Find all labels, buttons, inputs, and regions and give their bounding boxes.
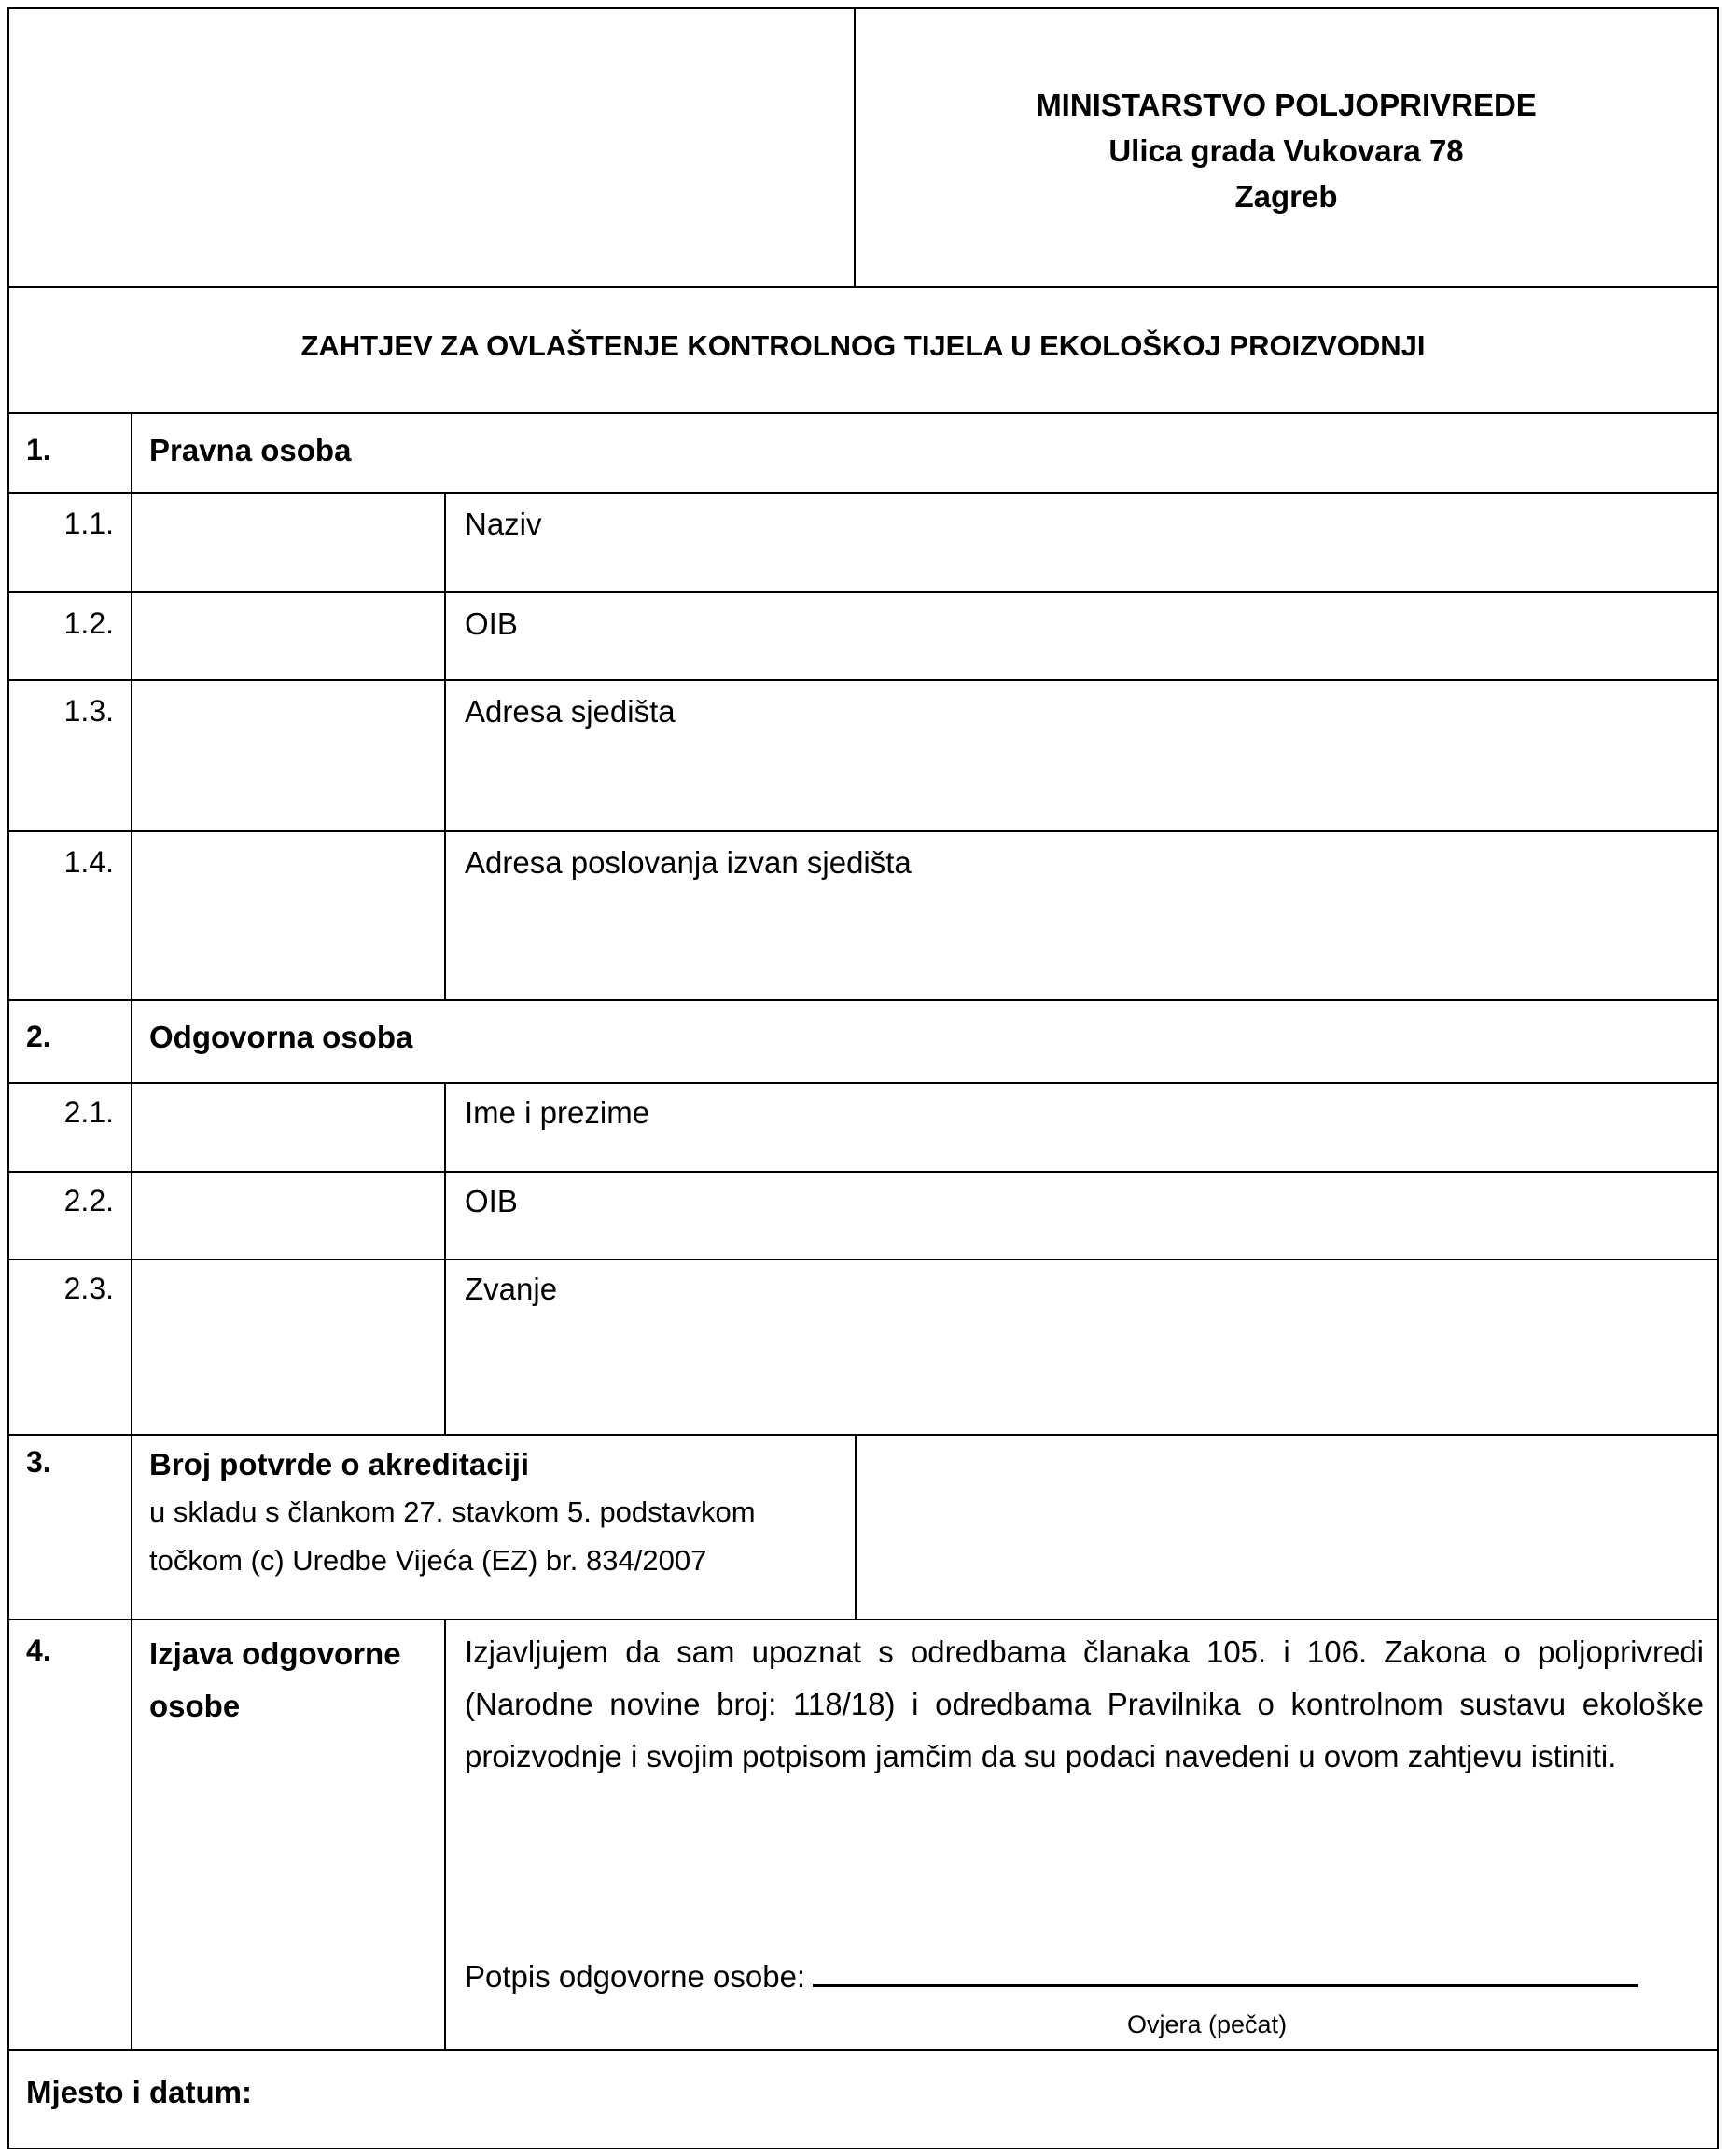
ministry-city: Zagreb xyxy=(856,174,1717,219)
application-form: MINISTARSTVO POLJOPRIVREDE Ulica grada V… xyxy=(7,7,1719,2149)
section1-number: 1. xyxy=(9,414,131,492)
declaration-text: Izjavljujem da sam upoznat s odredbama č… xyxy=(465,1626,1704,1783)
adresa-poslovanja-label: Adresa poslovanja izvan sjedišta xyxy=(444,832,1717,999)
section3-note-line2: točkom (c) Uredbe Vijeća (EZ) br. 834/20… xyxy=(149,1537,855,1585)
title-row: ZAHTJEV ZA OVLAŠTENJE KONTROLNOG TIJELA … xyxy=(9,288,1717,414)
section4-title: Izjava odgovorne osobe xyxy=(131,1620,444,2049)
row-number: 2.2. xyxy=(9,1173,131,1259)
table-row: 1.3. Adresa sjedišta xyxy=(9,681,1717,832)
section2-number: 2. xyxy=(9,1001,131,1082)
table-row: 1.1. Naziv xyxy=(9,494,1717,593)
form-title: ZAHTJEV ZA OVLAŠTENJE KONTROLNOG TIJELA … xyxy=(9,288,1717,412)
section2-title: Odgovorna osoba xyxy=(131,1001,1717,1082)
ministry-address: MINISTARSTVO POLJOPRIVREDE Ulica grada V… xyxy=(854,9,1717,286)
declaration-cell: Izjavljujem da sam upoznat s odredbama č… xyxy=(444,1620,1717,2049)
odgovorna-oib-input[interactable] xyxy=(131,1173,444,1259)
section3-title: Broj potvrde o akreditaciji xyxy=(149,1441,855,1488)
section3-label-cell: Broj potvrde o akreditaciji u skladu s č… xyxy=(131,1436,855,1619)
zvanje-input[interactable] xyxy=(131,1260,444,1434)
accreditation-number-input[interactable] xyxy=(855,1436,1717,1619)
place-date-row: Mjesto i datum: xyxy=(9,2051,1717,2148)
row-number: 1.3. xyxy=(9,681,131,830)
row-number: 1.1. xyxy=(9,494,131,591)
odgovorna-oib-label: OIB xyxy=(444,1173,1717,1259)
section1-header: 1. Pravna osoba xyxy=(9,414,1717,494)
naziv-label: Naziv xyxy=(444,494,1717,591)
naziv-input[interactable] xyxy=(131,494,444,591)
adresa-sjedista-label: Adresa sjedišta xyxy=(444,681,1717,830)
table-row: 2.3. Zvanje xyxy=(9,1260,1717,1436)
row-number: 1.4. xyxy=(9,832,131,999)
row-number: 2.3. xyxy=(9,1260,131,1434)
ministry-name: MINISTARSTVO POLJOPRIVREDE xyxy=(856,82,1717,128)
signature-line[interactable] xyxy=(813,1956,1638,1987)
header-row: MINISTARSTVO POLJOPRIVREDE Ulica grada V… xyxy=(9,9,1717,288)
section4-row: 4. Izjava odgovorne osobe Izjavljujem da… xyxy=(9,1620,1717,2051)
section3-row: 3. Broj potvrde o akreditaciji u skladu … xyxy=(9,1436,1717,1620)
signature-field: Potpis odgovorne osobe: xyxy=(465,1956,1638,1995)
section3-number: 3. xyxy=(9,1436,131,1619)
ministry-street: Ulica grada Vukovara 78 xyxy=(856,128,1717,174)
section4-title-line1: Izjava odgovorne xyxy=(149,1628,444,1680)
section4-number: 4. xyxy=(9,1620,131,2049)
table-row: 1.2. OIB xyxy=(9,593,1717,681)
ime-prezime-label: Ime i prezime xyxy=(444,1084,1717,1171)
adresa-sjedista-input[interactable] xyxy=(131,681,444,830)
row-number: 2.1. xyxy=(9,1084,131,1171)
stamp-label: Ovjera (pečat) xyxy=(1127,2010,1287,2039)
ime-prezime-input[interactable] xyxy=(131,1084,444,1171)
zvanje-label: Zvanje xyxy=(444,1260,1717,1434)
table-row: 2.2. OIB xyxy=(9,1173,1717,1260)
logo-area xyxy=(9,9,854,286)
adresa-poslovanja-input[interactable] xyxy=(131,832,444,999)
table-row: 2.1. Ime i prezime xyxy=(9,1084,1717,1173)
signature-label: Potpis odgovorne osobe: xyxy=(465,1959,805,1994)
section2-header: 2. Odgovorna osoba xyxy=(9,1001,1717,1084)
section4-title-line2: osobe xyxy=(149,1680,444,1732)
oib-input[interactable] xyxy=(131,593,444,679)
section3-note-line1: u skladu s člankom 27. stavkom 5. podsta… xyxy=(149,1488,855,1537)
place-date-input[interactable] xyxy=(289,2051,1717,2148)
table-row: 1.4. Adresa poslovanja izvan sjedišta xyxy=(9,832,1717,1001)
row-number: 1.2. xyxy=(9,593,131,679)
section1-title: Pravna osoba xyxy=(131,414,1717,492)
oib-label: OIB xyxy=(444,593,1717,679)
